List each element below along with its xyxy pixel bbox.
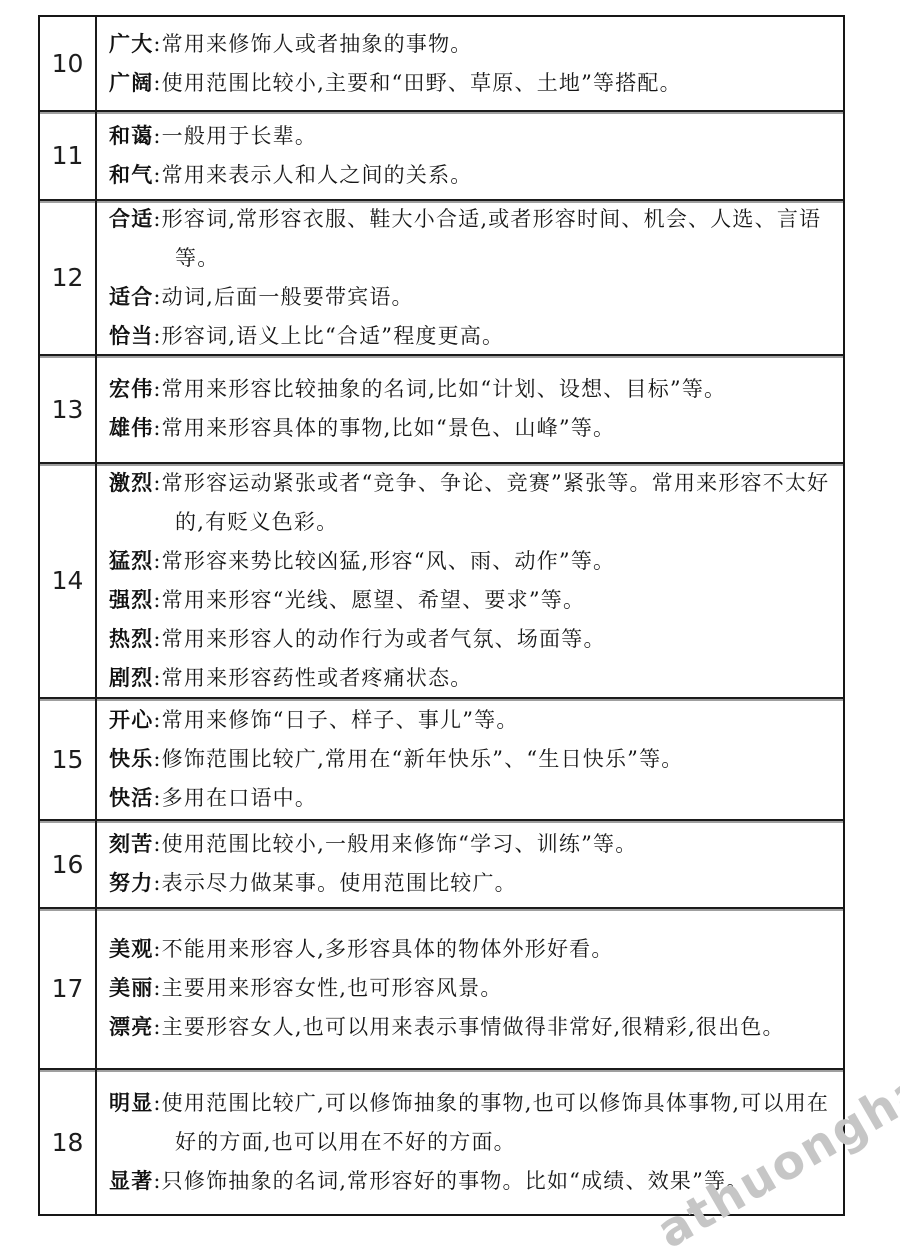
- headword: 明显: [109, 1091, 153, 1115]
- headword: 雄伟: [109, 416, 153, 440]
- definition-text: :一般用于长辈。: [153, 124, 317, 148]
- row-content: 刻苦:使用范围比较小,一般用来修饰“学习、训练”等。 努力:表示尽力做某事。使用…: [97, 821, 843, 907]
- definition-entry: 美丽:主要用来形容女性,也可形容风景。: [109, 969, 831, 1008]
- row-number: 14: [40, 464, 97, 697]
- headword: 显著: [109, 1169, 153, 1193]
- definition-text: :形容词,常形容衣服、鞋大小合适,或者形容时间、机会、人选、言语等。: [153, 207, 821, 270]
- headword: 剧烈: [109, 666, 153, 690]
- headword: 美观: [109, 937, 153, 961]
- table-row: 11 和蔼:一般用于长辈。 和气:常用来表示人和人之间的关系。: [40, 110, 843, 199]
- table-row: 14 激烈:常形容运动紧张或者“竞争、争论、竞赛”紧张等。常用来形容不太好的,有…: [40, 462, 843, 697]
- definition-entry: 快活:多用在口语中。: [109, 779, 831, 818]
- headword: 漂亮: [109, 1015, 153, 1039]
- definition-text: :常用来形容具体的事物,比如“景色、山峰”等。: [153, 416, 615, 440]
- synonym-comparison-table: 10 广大:常用来修饰人或者抽象的事物。 广阔:使用范围比较小,主要和“田野、草…: [38, 15, 845, 1216]
- definition-text: :主要形容女人,也可以用来表示事情做得非常好,很精彩,很出色。: [153, 1015, 784, 1039]
- definition-text: :常用来修饰人或者抽象的事物。: [153, 32, 472, 56]
- definition-entry: 合适:形容词,常形容衣服、鞋大小合适,或者形容时间、机会、人选、言语等。: [109, 200, 831, 278]
- definition-text: :动词,后面一般要带宾语。: [153, 285, 413, 309]
- row-content: 美观:不能用来形容人,多形容具体的物体外形好看。 美丽:主要用来形容女性,也可形…: [97, 909, 843, 1068]
- definition-entry: 宏伟:常用来形容比较抽象的名词,比如“计划、设想、目标”等。: [109, 370, 831, 409]
- definition-text: :常用来形容“光线、愿望、希望、要求”等。: [153, 588, 585, 612]
- definition-entry: 漂亮:主要形容女人,也可以用来表示事情做得非常好,很精彩,很出色。: [109, 1008, 831, 1047]
- headword: 努力: [109, 871, 153, 895]
- row-number: 12: [40, 201, 97, 354]
- definition-entry: 剧烈:常用来形容药性或者疼痛状态。: [109, 659, 831, 698]
- headword: 快乐: [109, 747, 153, 771]
- headword: 适合: [109, 285, 153, 309]
- row-number: 15: [40, 699, 97, 819]
- definition-entry: 激烈:常形容运动紧张或者“竞争、争论、竞赛”紧张等。常用来形容不太好的,有贬义色…: [109, 464, 831, 542]
- definition-entry: 雄伟:常用来形容具体的事物,比如“景色、山峰”等。: [109, 409, 831, 448]
- headword: 和气: [109, 163, 153, 187]
- definition-text: :使用范围比较小,一般用来修饰“学习、训练”等。: [153, 832, 637, 856]
- row-number: 11: [40, 112, 97, 199]
- definition-text: :常用来表示人和人之间的关系。: [153, 163, 472, 187]
- headword: 猛烈: [109, 549, 153, 573]
- definition-entry: 广大:常用来修饰人或者抽象的事物。: [109, 25, 831, 64]
- table-row: 17 美观:不能用来形容人,多形容具体的物体外形好看。 美丽:主要用来形容女性,…: [40, 907, 843, 1068]
- headword: 刻苦: [109, 832, 153, 856]
- headword: 宏伟: [109, 377, 153, 401]
- definition-text: :常用来形容比较抽象的名词,比如“计划、设想、目标”等。: [153, 377, 726, 401]
- headword: 美丽: [109, 976, 153, 1000]
- headword: 广大: [109, 32, 153, 56]
- definition-entry: 猛烈:常形容来势比较凶猛,形容“风、雨、动作”等。: [109, 542, 831, 581]
- definition-text: :常形容运动紧张或者“竞争、争论、竞赛”紧张等。常用来形容不太好的,有贬义色彩。: [153, 471, 829, 534]
- row-content: 激烈:常形容运动紧张或者“竞争、争论、竞赛”紧张等。常用来形容不太好的,有贬义色…: [97, 464, 843, 697]
- row-content: 和蔼:一般用于长辈。 和气:常用来表示人和人之间的关系。: [97, 112, 843, 199]
- row-number: 10: [40, 17, 97, 110]
- row-content: 合适:形容词,常形容衣服、鞋大小合适,或者形容时间、机会、人选、言语等。 适合:…: [97, 201, 843, 354]
- headword: 热烈: [109, 627, 153, 651]
- definition-entry: 刻苦:使用范围比较小,一般用来修饰“学习、训练”等。: [109, 825, 831, 864]
- definition-entry: 明显:使用范围比较广,可以修饰抽象的事物,也可以修饰具体事物,可以用在好的方面,…: [109, 1084, 831, 1162]
- definition-entry: 快乐:修饰范围比较广,常用在“新年快乐”、“生日快乐”等。: [109, 740, 831, 779]
- definition-text: :使用范围比较小,主要和“田野、草原、土地”等搭配。: [153, 71, 681, 95]
- row-number: 17: [40, 909, 97, 1068]
- table-row: 13 宏伟:常用来形容比较抽象的名词,比如“计划、设想、目标”等。 雄伟:常用来…: [40, 354, 843, 462]
- definition-text: :形容词,语义上比“合适”程度更高。: [153, 324, 504, 348]
- row-content: 广大:常用来修饰人或者抽象的事物。 广阔:使用范围比较小,主要和“田野、草原、土…: [97, 17, 843, 110]
- definition-entry: 美观:不能用来形容人,多形容具体的物体外形好看。: [109, 930, 831, 969]
- table-row: 15 开心:常用来修饰“日子、样子、事儿”等。 快乐:修饰范围比较广,常用在“新…: [40, 697, 843, 819]
- definition-text: :常用来修饰“日子、样子、事儿”等。: [153, 708, 518, 732]
- definition-entry: 热烈:常用来形容人的动作行为或者气氛、场面等。: [109, 620, 831, 659]
- definition-entry: 广阔:使用范围比较小,主要和“田野、草原、土地”等搭配。: [109, 64, 831, 103]
- definition-text: :常用来形容人的动作行为或者气氛、场面等。: [153, 627, 605, 651]
- headword: 和蔼: [109, 124, 153, 148]
- definition-text: :常形容来势比较凶猛,形容“风、雨、动作”等。: [153, 549, 615, 573]
- definition-text: :修饰范围比较广,常用在“新年快乐”、“生日快乐”等。: [153, 747, 683, 771]
- row-number: 16: [40, 821, 97, 907]
- definition-text: :表示尽力做某事。使用范围比较广。: [153, 871, 516, 895]
- headword: 强烈: [109, 588, 153, 612]
- row-content: 开心:常用来修饰“日子、样子、事儿”等。 快乐:修饰范围比较广,常用在“新年快乐…: [97, 699, 843, 819]
- headword: 快活: [109, 786, 153, 810]
- definition-entry: 强烈:常用来形容“光线、愿望、希望、要求”等。: [109, 581, 831, 620]
- table-row: 10 广大:常用来修饰人或者抽象的事物。 广阔:使用范围比较小,主要和“田野、草…: [40, 17, 843, 110]
- definition-entry: 恰当:形容词,语义上比“合适”程度更高。: [109, 317, 831, 356]
- headword: 合适: [109, 207, 153, 231]
- definition-entry: 开心:常用来修饰“日子、样子、事儿”等。: [109, 701, 831, 740]
- headword: 开心: [109, 708, 153, 732]
- headword: 广阔: [109, 71, 153, 95]
- row-number: 18: [40, 1070, 97, 1214]
- definition-entry: 和蔼:一般用于长辈。: [109, 117, 831, 156]
- row-content: 宏伟:常用来形容比较抽象的名词,比如“计划、设想、目标”等。 雄伟:常用来形容具…: [97, 356, 843, 462]
- headword: 恰当: [109, 324, 153, 348]
- scanned-document-page: 10 广大:常用来修饰人或者抽象的事物。 广阔:使用范围比较小,主要和“田野、草…: [0, 0, 900, 1259]
- definition-entry: 适合:动词,后面一般要带宾语。: [109, 278, 831, 317]
- definition-text: :常用来形容药性或者疼痛状态。: [153, 666, 472, 690]
- row-number: 13: [40, 356, 97, 462]
- definition-text: :主要用来形容女性,也可形容风景。: [153, 976, 502, 1000]
- definition-entry: 努力:表示尽力做某事。使用范围比较广。: [109, 864, 831, 903]
- definition-entry: 和气:常用来表示人和人之间的关系。: [109, 156, 831, 195]
- table-row: 16 刻苦:使用范围比较小,一般用来修饰“学习、训练”等。 努力:表示尽力做某事…: [40, 819, 843, 907]
- table-row: 12 合适:形容词,常形容衣服、鞋大小合适,或者形容时间、机会、人选、言语等。 …: [40, 199, 843, 354]
- headword: 激烈: [109, 471, 153, 495]
- definition-text: :只修饰抽象的名词,常形容好的事物。比如“成绩、效果”等。: [153, 1169, 748, 1193]
- definition-text: :使用范围比较广,可以修饰抽象的事物,也可以修饰具体事物,可以用在好的方面,也可…: [153, 1091, 829, 1154]
- definition-text: :多用在口语中。: [153, 786, 317, 810]
- definition-text: :不能用来形容人,多形容具体的物体外形好看。: [153, 937, 613, 961]
